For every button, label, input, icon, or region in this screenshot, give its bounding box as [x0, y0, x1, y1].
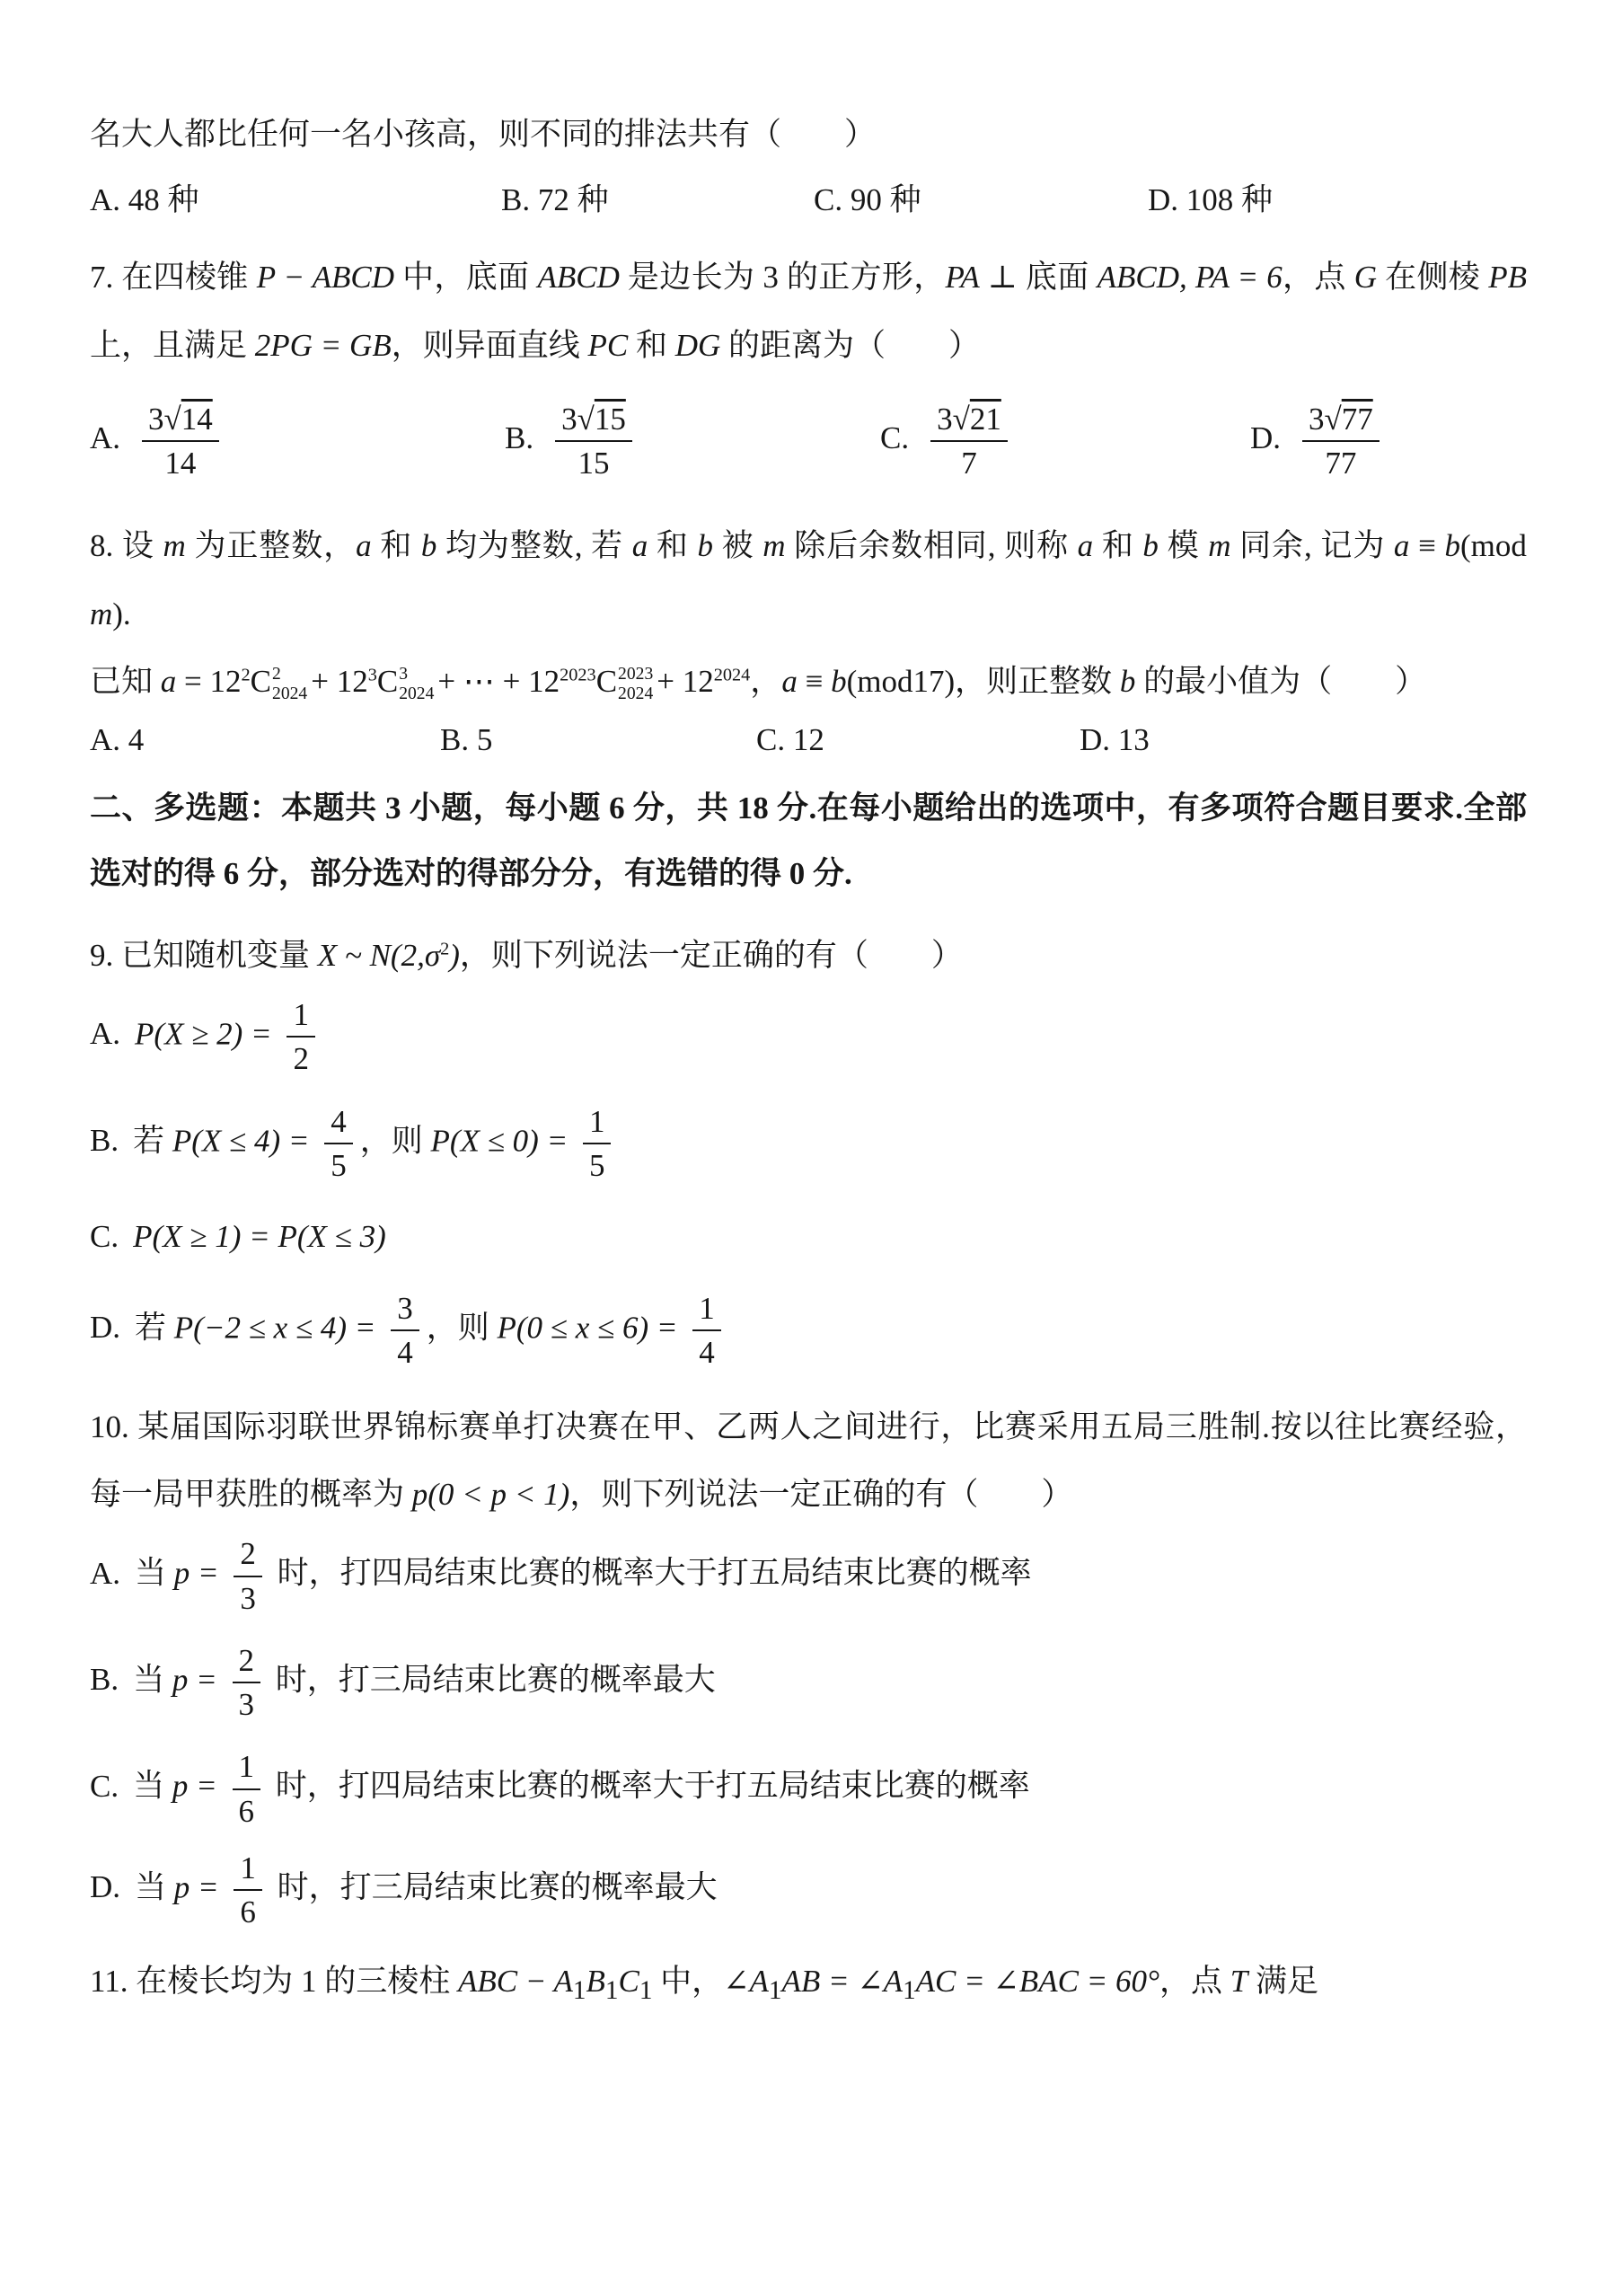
- option-label: A.: [90, 1556, 120, 1591]
- q8-text: 均为整数, 若: [436, 528, 631, 563]
- q9-math: X ~ N(2,σ: [318, 938, 440, 973]
- fraction: 23: [233, 1642, 261, 1724]
- frac-denominator: 2: [293, 1038, 309, 1077]
- q9-math: P(X ≥ 2) =: [135, 1016, 279, 1051]
- option-7-c: C.3√217: [880, 397, 1250, 486]
- frac-numerator: 2: [233, 1642, 261, 1683]
- q8-math: m: [90, 596, 112, 631]
- option-9-b: B.若 P(X ≤ 4) = 45，则 P(X ≤ 0) = 15: [90, 1099, 1527, 1188]
- q10-math: p =: [172, 1662, 225, 1697]
- option-label: D.: [90, 1869, 120, 1904]
- q9-math: P(X ≥ 1) = P(X ≤ 3): [133, 1219, 386, 1254]
- frac-denominator: 6: [240, 1891, 256, 1930]
- frac-denominator: 5: [331, 1144, 347, 1184]
- combination-indices: 22024: [272, 665, 307, 704]
- q7-math: G: [1354, 260, 1377, 295]
- frac-numerator: 1: [692, 1290, 721, 1331]
- frac-denominator: 3: [240, 1577, 256, 1617]
- section-2-heading: 二、多选题：本题共 3 小题，每小题 6 分，共 18 分.在每小题给出的选项中…: [90, 776, 1527, 907]
- q10-text: 当: [135, 1556, 174, 1591]
- sqrt-radical: √77: [1325, 402, 1373, 437]
- option-10-a: A.当 p = 23 时，打四局结束比赛的概率大于打五局结束比赛的概率: [90, 1532, 1527, 1620]
- option-label: C.: [90, 1769, 119, 1804]
- coefficient: 3: [561, 402, 577, 437]
- frac-numerator: 3√14: [142, 401, 219, 442]
- frac-denominator: 5: [589, 1144, 605, 1184]
- fraction: 3√1414: [142, 401, 219, 482]
- radicand: 21: [970, 402, 1001, 437]
- q8-math: a: [632, 528, 648, 563]
- q8-math: m: [1208, 528, 1230, 563]
- q8-math: (mod: [1460, 528, 1527, 563]
- frac-numerator: 3√77: [1302, 401, 1380, 442]
- fraction: 3√217: [930, 401, 1008, 482]
- q11-math: ABC − A: [458, 1964, 573, 1999]
- combination-symbol: C: [596, 664, 617, 699]
- q8-math: b: [697, 528, 713, 563]
- option-label: C.: [90, 1219, 119, 1254]
- q8-text: 为正整数，: [186, 528, 356, 563]
- frac-denominator: 6: [239, 1790, 255, 1830]
- frac-denominator: 14: [164, 442, 196, 481]
- q7-text: 的距离为（ ）: [720, 328, 980, 363]
- q9-text: ，则下列说法一定正确的有（ ）: [460, 938, 963, 973]
- q7-math: ABCD, PA = 6: [1097, 260, 1283, 295]
- q7-text: 上，且满足: [90, 328, 255, 363]
- option-9-c: C.P(X ≥ 1) = P(X ≤ 3): [90, 1205, 1527, 1268]
- subscript: 1: [605, 1976, 619, 2005]
- question-7-stem: 7. 在四棱锥 P − ABCD 中，底面 ABCD 是边长为 3 的正方形，P…: [90, 243, 1527, 379]
- option-6-d: D. 108 种: [1148, 175, 1527, 220]
- q7-text: ，则异面直线: [392, 328, 588, 363]
- fraction: 14: [692, 1290, 721, 1372]
- q9-math: P(−2 ≤ x ≤ 4) =: [174, 1310, 383, 1345]
- combination-symbol: C: [251, 664, 271, 699]
- q8-text: 已知: [90, 664, 161, 699]
- sqrt-radical: √14: [164, 402, 213, 437]
- fraction: 3√1515: [555, 401, 632, 482]
- q8-text: 模: [1159, 528, 1208, 563]
- q10-math: p(0 < p < 1): [412, 1477, 570, 1512]
- q10-math: p =: [172, 1769, 225, 1804]
- q8-math: b: [1445, 528, 1461, 563]
- q8-math: = 12: [176, 664, 241, 699]
- q11-math: AC = ∠BAC = 60°: [916, 1964, 1159, 1999]
- fraction: 16: [233, 1748, 261, 1830]
- fraction: 12: [286, 996, 315, 1078]
- exponent: 2: [242, 665, 251, 684]
- q9-text: 若: [133, 1123, 172, 1158]
- superscript: 2: [272, 665, 281, 684]
- option-8-d: D. 13: [1080, 722, 1527, 758]
- q10-math: p =: [174, 1869, 227, 1904]
- q7-math: PB: [1488, 260, 1527, 295]
- option-10-c: C.当 p = 16 时，打四局结束比赛的概率大于打五局结束比赛的概率: [90, 1744, 1527, 1833]
- frac-numerator: 1: [583, 1103, 612, 1144]
- fraction: 3√7777: [1302, 401, 1380, 482]
- radicand: 14: [181, 402, 213, 437]
- q8-math: b: [831, 664, 847, 699]
- option-6-a: A. 48 种: [90, 175, 501, 220]
- q8-math: a: [161, 664, 177, 699]
- sqrt-sign: √: [953, 402, 970, 437]
- option-label: A.: [90, 1016, 120, 1051]
- option-label: A.: [90, 420, 120, 455]
- q10-text: 时，打三局结束比赛的概率最大: [268, 1662, 716, 1697]
- q8-math: (mod17): [847, 664, 956, 699]
- exam-page: 名大人都比任何一名小孩高，则不同的排法共有（ ） A. 48 种 B. 72 种…: [0, 0, 1622, 2063]
- subscript: 1: [769, 1976, 782, 2005]
- option-10-b: B.当 p = 23 时，打三局结束比赛的概率最大: [90, 1638, 1527, 1727]
- option-9-d: D.若 P(−2 ≤ x ≤ 4) = 34，则 P(0 ≤ x ≤ 6) = …: [90, 1286, 1527, 1375]
- q10-text: 当: [133, 1769, 172, 1804]
- q11-text: 满足: [1247, 1964, 1318, 1999]
- option-8-b: B. 5: [440, 722, 756, 758]
- radicand: 77: [1342, 402, 1373, 437]
- option-7-b: B.3√1515: [505, 397, 880, 486]
- q11-math: C: [618, 1964, 639, 1999]
- q7-math: P − ABCD: [257, 260, 394, 295]
- frac-numerator: 1: [234, 1850, 262, 1891]
- q9-text: ，则: [360, 1123, 431, 1158]
- question-8-options: A. 4 B. 5 C. 12 D. 13: [90, 722, 1527, 758]
- option-6-c: C. 90 种: [814, 175, 1148, 220]
- q8-text: 的最小值为（ ）: [1135, 664, 1426, 699]
- q10-text: 当: [133, 1662, 172, 1697]
- option-7-a: A.3√1414: [90, 397, 505, 486]
- q7-text: 和: [628, 328, 675, 363]
- q7-math: DG: [675, 328, 721, 363]
- q11-math: B: [586, 1964, 605, 1999]
- q7-text: ⊥ 底面: [980, 260, 1097, 295]
- option-9-a: A.P(X ≥ 2) = 12: [90, 993, 1527, 1082]
- coefficient: 3: [937, 402, 953, 437]
- q10-text: 时，打四局结束比赛的概率大于打五局结束比赛的概率: [269, 1556, 1032, 1591]
- frac-denominator: 3: [239, 1683, 255, 1723]
- q9-math: P(X ≤ 4) =: [172, 1123, 317, 1158]
- q8-text: 被: [713, 528, 763, 563]
- question-8-formula: 已知 a = 122C22024+ 123C32024+ ⋯ + 122023C…: [90, 648, 1527, 715]
- option-label: D.: [1250, 420, 1281, 455]
- q8-math: a: [356, 528, 372, 563]
- q9-text: 9. 已知随机变量: [90, 938, 318, 973]
- q11-text: 中，: [652, 1964, 723, 1999]
- option-10-d: D.当 p = 16 时，打三局结束比赛的概率最大: [90, 1846, 1527, 1935]
- q10-text: 当: [135, 1869, 174, 1904]
- superscript: 3: [399, 665, 408, 684]
- q9-text: 若: [135, 1310, 174, 1345]
- frac-denominator: 4: [397, 1331, 413, 1371]
- option-8-c: C. 12: [756, 722, 1080, 758]
- question-10-stem: 10. 某届国际羽联世界锦标赛单打决赛在甲、乙两人之间进行，比赛采用五局三胜制.…: [90, 1393, 1527, 1529]
- frac-numerator: 1: [286, 996, 315, 1038]
- option-7-d: D.3√7777: [1250, 397, 1527, 486]
- option-label: D.: [90, 1310, 120, 1345]
- q7-text: 7. 在四棱锥: [90, 260, 257, 295]
- question-11-stem: 11. 在棱长均为 1 的三棱柱 ABC − A1B1C1 中，∠A1AB = …: [90, 1947, 1527, 2019]
- frac-numerator: 4: [324, 1103, 353, 1144]
- frac-numerator: 3: [391, 1290, 419, 1331]
- fraction: 45: [324, 1103, 353, 1185]
- radicand: 15: [595, 402, 626, 437]
- frac-numerator: 2: [234, 1535, 262, 1576]
- question-6-options: A. 48 种 B. 72 种 C. 90 种 D. 108 种: [90, 175, 1527, 220]
- q8-text: 和: [372, 528, 421, 563]
- sqrt-sign: √: [577, 402, 595, 437]
- q8-math: ≡: [798, 664, 831, 699]
- q8-math: + ⋯ + 12: [437, 664, 560, 699]
- q8-math: m: [163, 528, 186, 563]
- subscript: 1: [903, 1976, 916, 2005]
- q7-math: 2PG = GB: [255, 328, 392, 363]
- q9-math: ): [449, 938, 460, 973]
- frac-denominator: 7: [961, 442, 977, 481]
- sqrt-sign: √: [164, 402, 181, 437]
- coefficient: 3: [148, 402, 164, 437]
- q8-math: b: [1120, 664, 1136, 699]
- subscript: 2024: [399, 684, 434, 704]
- coefficient: 3: [1309, 402, 1325, 437]
- exponent: 2: [440, 939, 449, 958]
- q8-math: b: [421, 528, 437, 563]
- exponent: 3: [368, 665, 377, 684]
- q8-text: 8. 设: [90, 528, 163, 563]
- q8-math: + 12: [311, 664, 368, 699]
- q7-text: 中，底面: [394, 260, 537, 295]
- q10-text: ，则下列说法一定正确的有（ ）: [569, 1477, 1072, 1512]
- subscript: 1: [573, 1976, 586, 2005]
- frac-numerator: 3√15: [555, 401, 632, 442]
- combination-symbol: C: [377, 664, 398, 699]
- q10-math: p =: [174, 1556, 227, 1591]
- q7-math: PC: [587, 328, 628, 363]
- fraction: 15: [583, 1103, 612, 1185]
- q8-text: 除后余数相同, 则称: [786, 528, 1078, 563]
- q8-math: ).: [112, 596, 130, 631]
- q8-math: + 12: [657, 664, 714, 699]
- option-label: B.: [90, 1123, 119, 1158]
- q8-math: b: [1142, 528, 1159, 563]
- frac-denominator: 15: [577, 442, 609, 481]
- frac-denominator: 77: [1325, 442, 1356, 481]
- question-6-tail: 名大人都比任何一名小孩高，则不同的排法共有（ ）: [90, 101, 1527, 168]
- q7-text: 是边长为 3 的正方形，: [620, 260, 946, 295]
- q8-math: m: [763, 528, 785, 563]
- option-6-b: B. 72 种: [501, 175, 814, 220]
- question-8-stem: 8. 设 m 为正整数，a 和 b 均为整数, 若 a 和 b 被 m 除后余数…: [90, 512, 1527, 648]
- fraction: 34: [391, 1290, 419, 1372]
- q8-text: 同余, 记为: [1230, 528, 1393, 563]
- q10-text: 时，打四局结束比赛的概率大于打五局结束比赛的概率: [268, 1769, 1030, 1804]
- q8-text: ，则正整数: [955, 664, 1120, 699]
- fraction: 16: [234, 1850, 262, 1931]
- combination-indices: 20232024: [618, 665, 653, 704]
- q8-text: 和: [1093, 528, 1142, 563]
- q11-text: ，点: [1159, 1964, 1230, 1999]
- q9-math: P(0 ≤ x ≤ 6) =: [497, 1310, 685, 1345]
- q9-math: P(X ≤ 0) =: [431, 1123, 576, 1158]
- q11-math: T: [1230, 1964, 1247, 1999]
- sqrt-radical: √15: [577, 402, 626, 437]
- option-label: B.: [90, 1662, 119, 1697]
- q8-math: a: [781, 664, 798, 699]
- subscript: 2024: [272, 684, 307, 704]
- q7-text: 在侧棱: [1377, 260, 1488, 295]
- q7-math: ABCD: [537, 260, 619, 295]
- frac-numerator: 3√21: [930, 401, 1008, 442]
- q11-text: 11. 在棱长均为 1 的三棱柱: [90, 1964, 458, 1999]
- q8-math: a: [1078, 528, 1094, 563]
- fraction: 23: [234, 1535, 262, 1617]
- question-7-options: A.3√1414 B.3√1515 C.3√217 D.3√7777: [90, 397, 1527, 486]
- q9-text: ，则: [427, 1310, 498, 1345]
- q8-text: ，: [750, 664, 781, 699]
- subscript: 1: [639, 1976, 653, 2005]
- exponent: 2024: [714, 665, 751, 684]
- sqrt-sign: √: [1325, 402, 1342, 437]
- superscript: 2023: [618, 665, 653, 684]
- q7-math: PA: [946, 260, 980, 295]
- q10-text: 时，打三局结束比赛的概率最大: [269, 1869, 718, 1904]
- exponent: 2023: [560, 665, 596, 684]
- q11-math: AB = ∠A: [781, 1964, 903, 1999]
- q8-text: 和: [648, 528, 697, 563]
- q8-math: a: [1394, 528, 1410, 563]
- subscript: 2024: [618, 684, 653, 704]
- option-8-a: A. 4: [90, 722, 440, 758]
- option-label: B.: [505, 420, 533, 455]
- combination-indices: 32024: [399, 665, 434, 704]
- sqrt-radical: √21: [953, 402, 1001, 437]
- q11-math: ∠A: [723, 1964, 769, 1999]
- question-9-stem: 9. 已知随机变量 X ~ N(2,σ2)，则下列说法一定正确的有（ ）: [90, 922, 1527, 989]
- option-label: C.: [880, 420, 909, 455]
- q8-math: ≡: [1409, 528, 1444, 563]
- frac-numerator: 1: [233, 1748, 261, 1789]
- frac-denominator: 4: [699, 1331, 715, 1371]
- q7-text: ，点: [1283, 260, 1354, 295]
